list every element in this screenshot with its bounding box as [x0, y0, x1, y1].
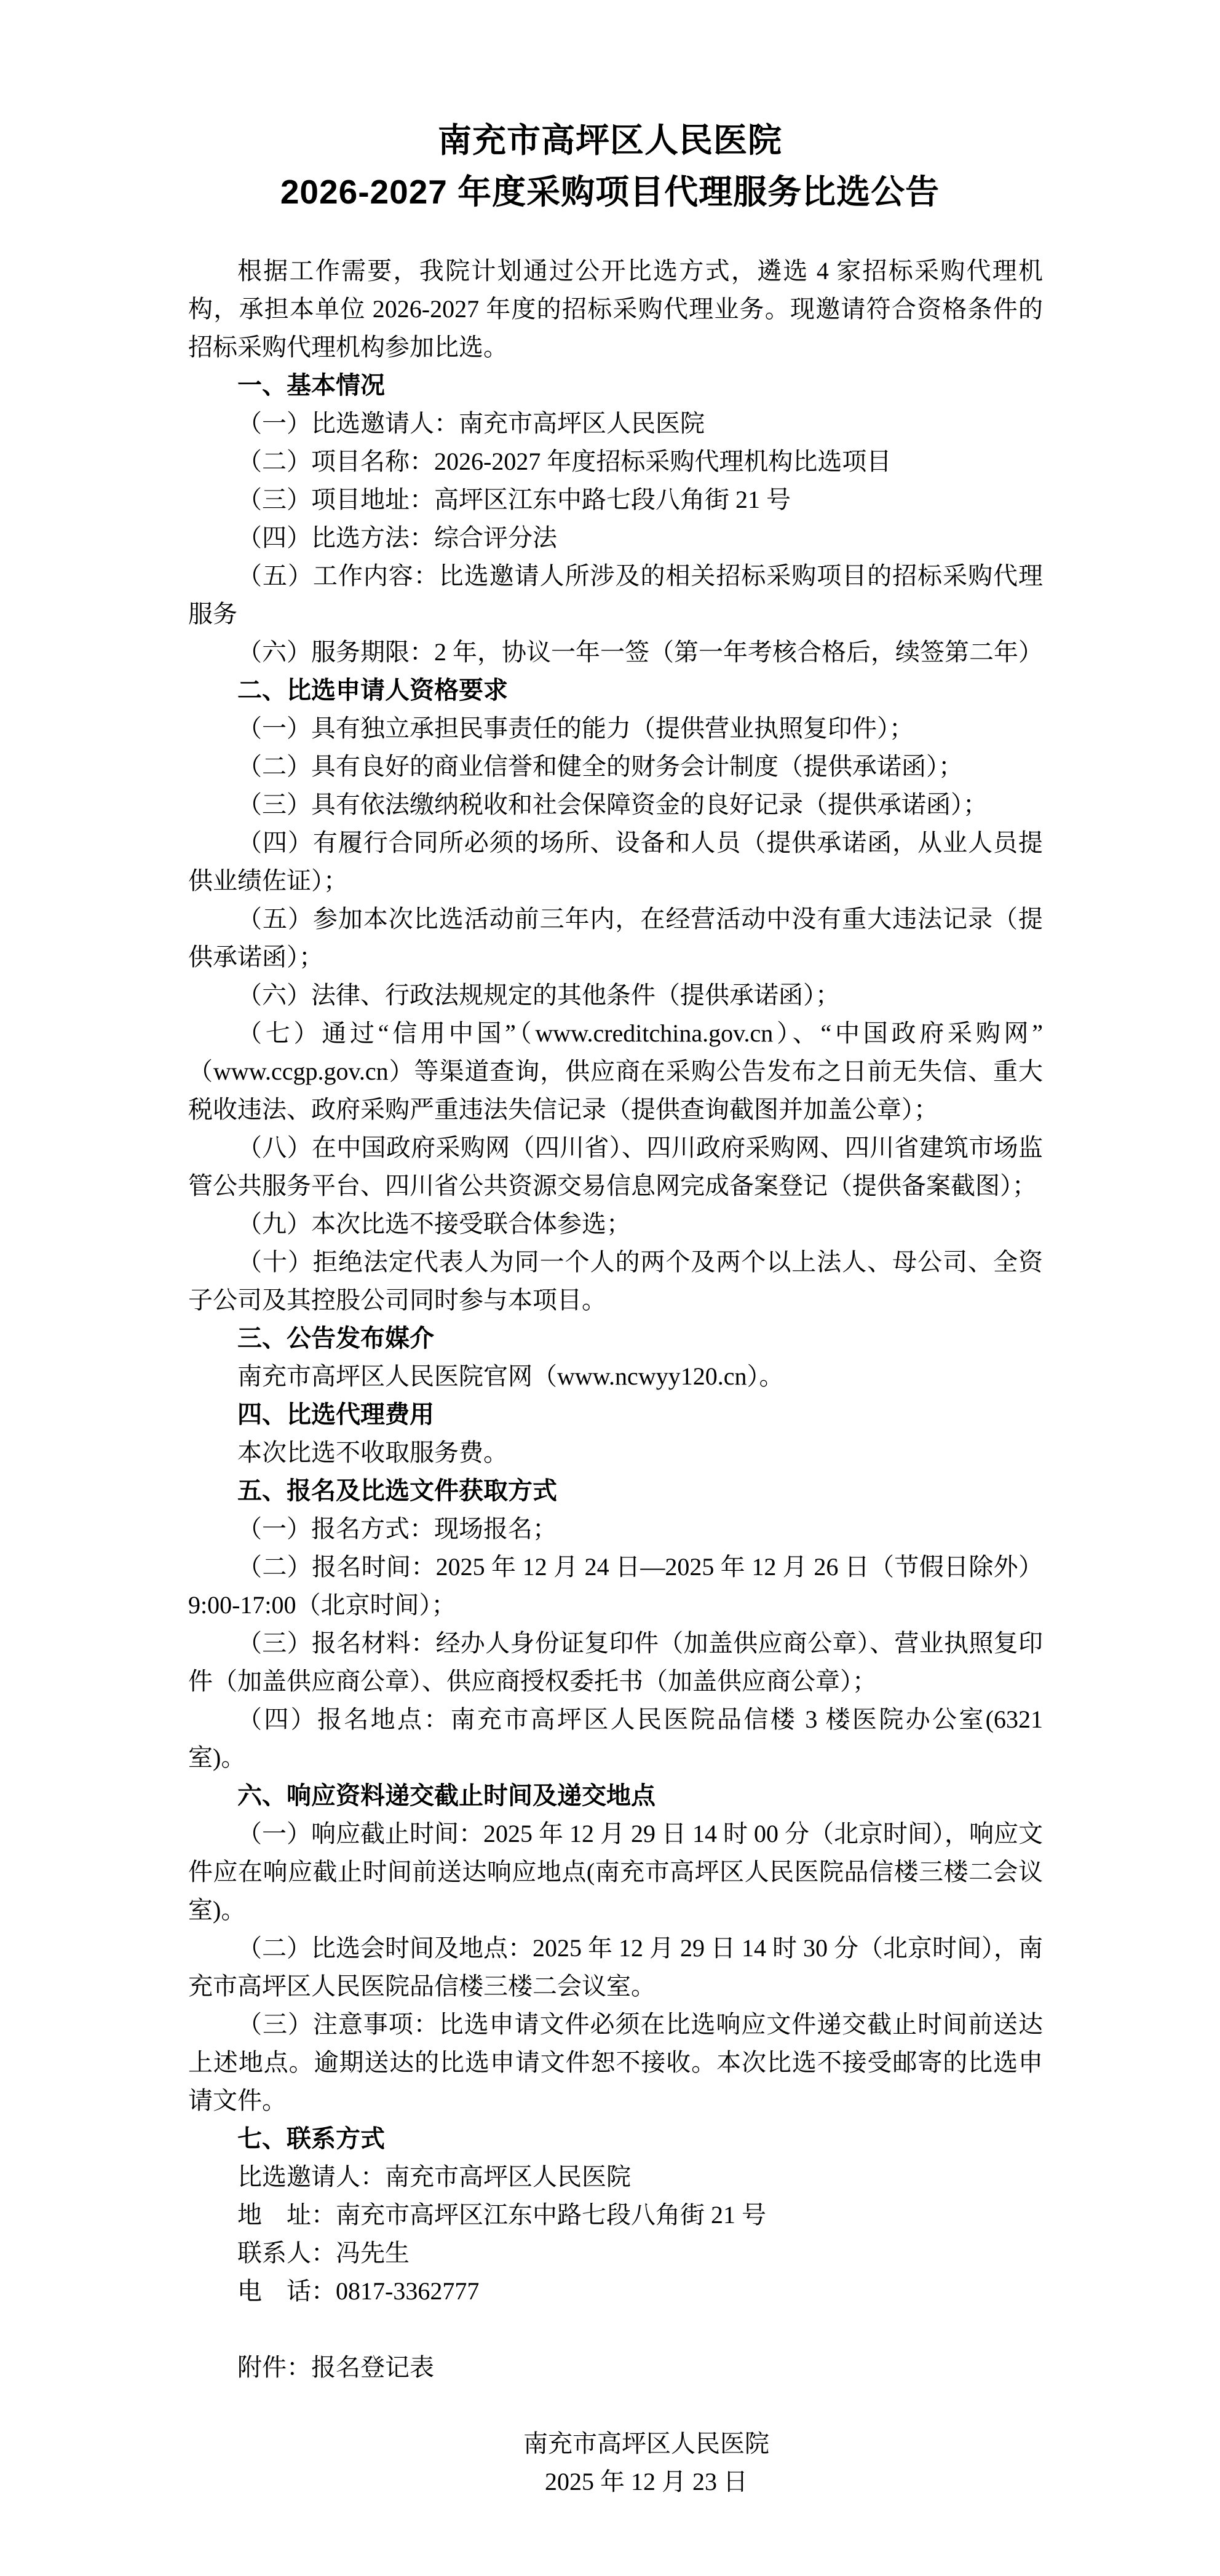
section-heading: 七、联系方式: [188, 2120, 1043, 2158]
section-item: （二）项目名称：2026-2027 年度招标采购代理机构比选项目: [188, 443, 1043, 481]
document-title-line-1: 南充市高坪区人民医院: [0, 114, 1220, 166]
section-item: （三）项目地址：高坪区江东中路七段八角街 21 号: [188, 481, 1043, 519]
signature-date: 2025 年 12 月 23 日: [250, 2463, 1043, 2501]
document-body: 根据工作需要，我院计划通过公开比选方式，遴选 4 家招标采购代理机构，承担本单位…: [0, 218, 1220, 2501]
sections-container: 一、基本情况（一）比选邀请人：南充市高坪区人民医院（二）项目名称：2026-20…: [188, 366, 1043, 2310]
section-heading: 六、响应资料递交截止时间及递交地点: [188, 1777, 1043, 1815]
section-item: （一）报名方式：现场报名；: [188, 1510, 1043, 1548]
section-item: （一）响应截止时间：2025 年 12 月 29 日 14 时 00 分（北京时…: [188, 1815, 1043, 1929]
section-item: （八）在中国政府采购网（四川省）、四川政府采购网、四川省建筑市场监管公共服务平台…: [188, 1129, 1043, 1205]
section-heading: 一、基本情况: [188, 366, 1043, 405]
section-item: 地 址：南充市高坪区江东中路七段八角街 21 号: [188, 2196, 1043, 2234]
section-item: （二）具有良好的商业信誉和健全的财务会计制度（提供承诺函）；: [188, 748, 1043, 786]
document-page: 南充市高坪区人民医院 2026-2027 年度采购项目代理服务比选公告 根据工作…: [0, 0, 1220, 2576]
section-item: （四）有履行合同所必须的场所、设备和人员（提供承诺函，从业人员提供业绩佐证）；: [188, 824, 1043, 900]
section-item: （六）服务期限：2 年，协议一年一签（第一年考核合格后，续签第二年）: [188, 633, 1043, 671]
signature-org: 南充市高坪区人民医院: [250, 2425, 1043, 2463]
section-item: （五）参加本次比选活动前三年内，在经营活动中没有重大违法记录（提供承诺函）；: [188, 900, 1043, 976]
section-item: （四）比选方法：综合评分法: [188, 519, 1043, 557]
section-item: （一）比选邀请人：南充市高坪区人民医院: [188, 405, 1043, 443]
section-item: （三）注意事项：比选申请文件必须在比选响应文件递交截止时间前送达上述地点。逾期送…: [188, 2005, 1043, 2120]
intro-paragraph: 根据工作需要，我院计划通过公开比选方式，遴选 4 家招标采购代理机构，承担本单位…: [188, 252, 1043, 366]
section-item: （九）本次比选不接受联合体参选；: [188, 1205, 1043, 1243]
section-heading: 五、报名及比选文件获取方式: [188, 1472, 1043, 1510]
section-item: （四）报名地点：南充市高坪区人民医院品信楼 3 楼医院办公室(6321 室)。: [188, 1701, 1043, 1777]
section-heading: 二、比选申请人资格要求: [188, 671, 1043, 709]
section-item: 比选邀请人：南充市高坪区人民医院: [188, 2158, 1043, 2196]
section-item: 本次比选不收取服务费。: [188, 1434, 1043, 1472]
section-item: 南充市高坪区人民医院官网（www.ncwyy120.cn）。: [188, 1357, 1043, 1396]
attachment-note: 附件：报名登记表: [188, 2349, 1043, 2387]
section-item: 联系人：冯先生: [188, 2234, 1043, 2272]
section-item: （三）报名材料：经办人身份证复印件（加盖供应商公章）、营业执照复印件（加盖供应商…: [188, 1624, 1043, 1701]
section-item: （一）具有独立承担民事责任的能力（提供营业执照复印件）；: [188, 709, 1043, 748]
section-item: （七）通过“信用中国”（www.creditchina.gov.cn）、“中国政…: [188, 1014, 1043, 1129]
section-item: （三）具有依法缴纳税收和社会保障资金的良好记录（提供承诺函）；: [188, 786, 1043, 824]
section-item: 电 话：0817-3362777: [188, 2272, 1043, 2310]
section-heading: 四、比选代理费用: [188, 1396, 1043, 1434]
section-item: （二）比选会时间及地点：2025 年 12 月 29 日 14 时 30 分（北…: [188, 1929, 1043, 2005]
section-item: （十）拒绝法定代表人为同一个人的两个及两个以上法人、母公司、全资子公司及其控股公…: [188, 1243, 1043, 1319]
section-item: （二）报名时间：2025 年 12 月 24 日—2025 年 12 月 26 …: [188, 1548, 1043, 1624]
section-heading: 三、公告发布媒介: [188, 1319, 1043, 1357]
signature-block: 南充市高坪区人民医院 2025 年 12 月 23 日: [188, 2425, 1043, 2501]
document-title-line-2: 2026-2027 年度采购项目代理服务比选公告: [0, 166, 1220, 218]
document-header: 南充市高坪区人民医院 2026-2027 年度采购项目代理服务比选公告: [0, 0, 1220, 218]
section-item: （五）工作内容：比选邀请人所涉及的相关招标采购项目的招标采购代理服务: [188, 557, 1043, 633]
section-item: （六）法律、行政法规规定的其他条件（提供承诺函）；: [188, 976, 1043, 1014]
